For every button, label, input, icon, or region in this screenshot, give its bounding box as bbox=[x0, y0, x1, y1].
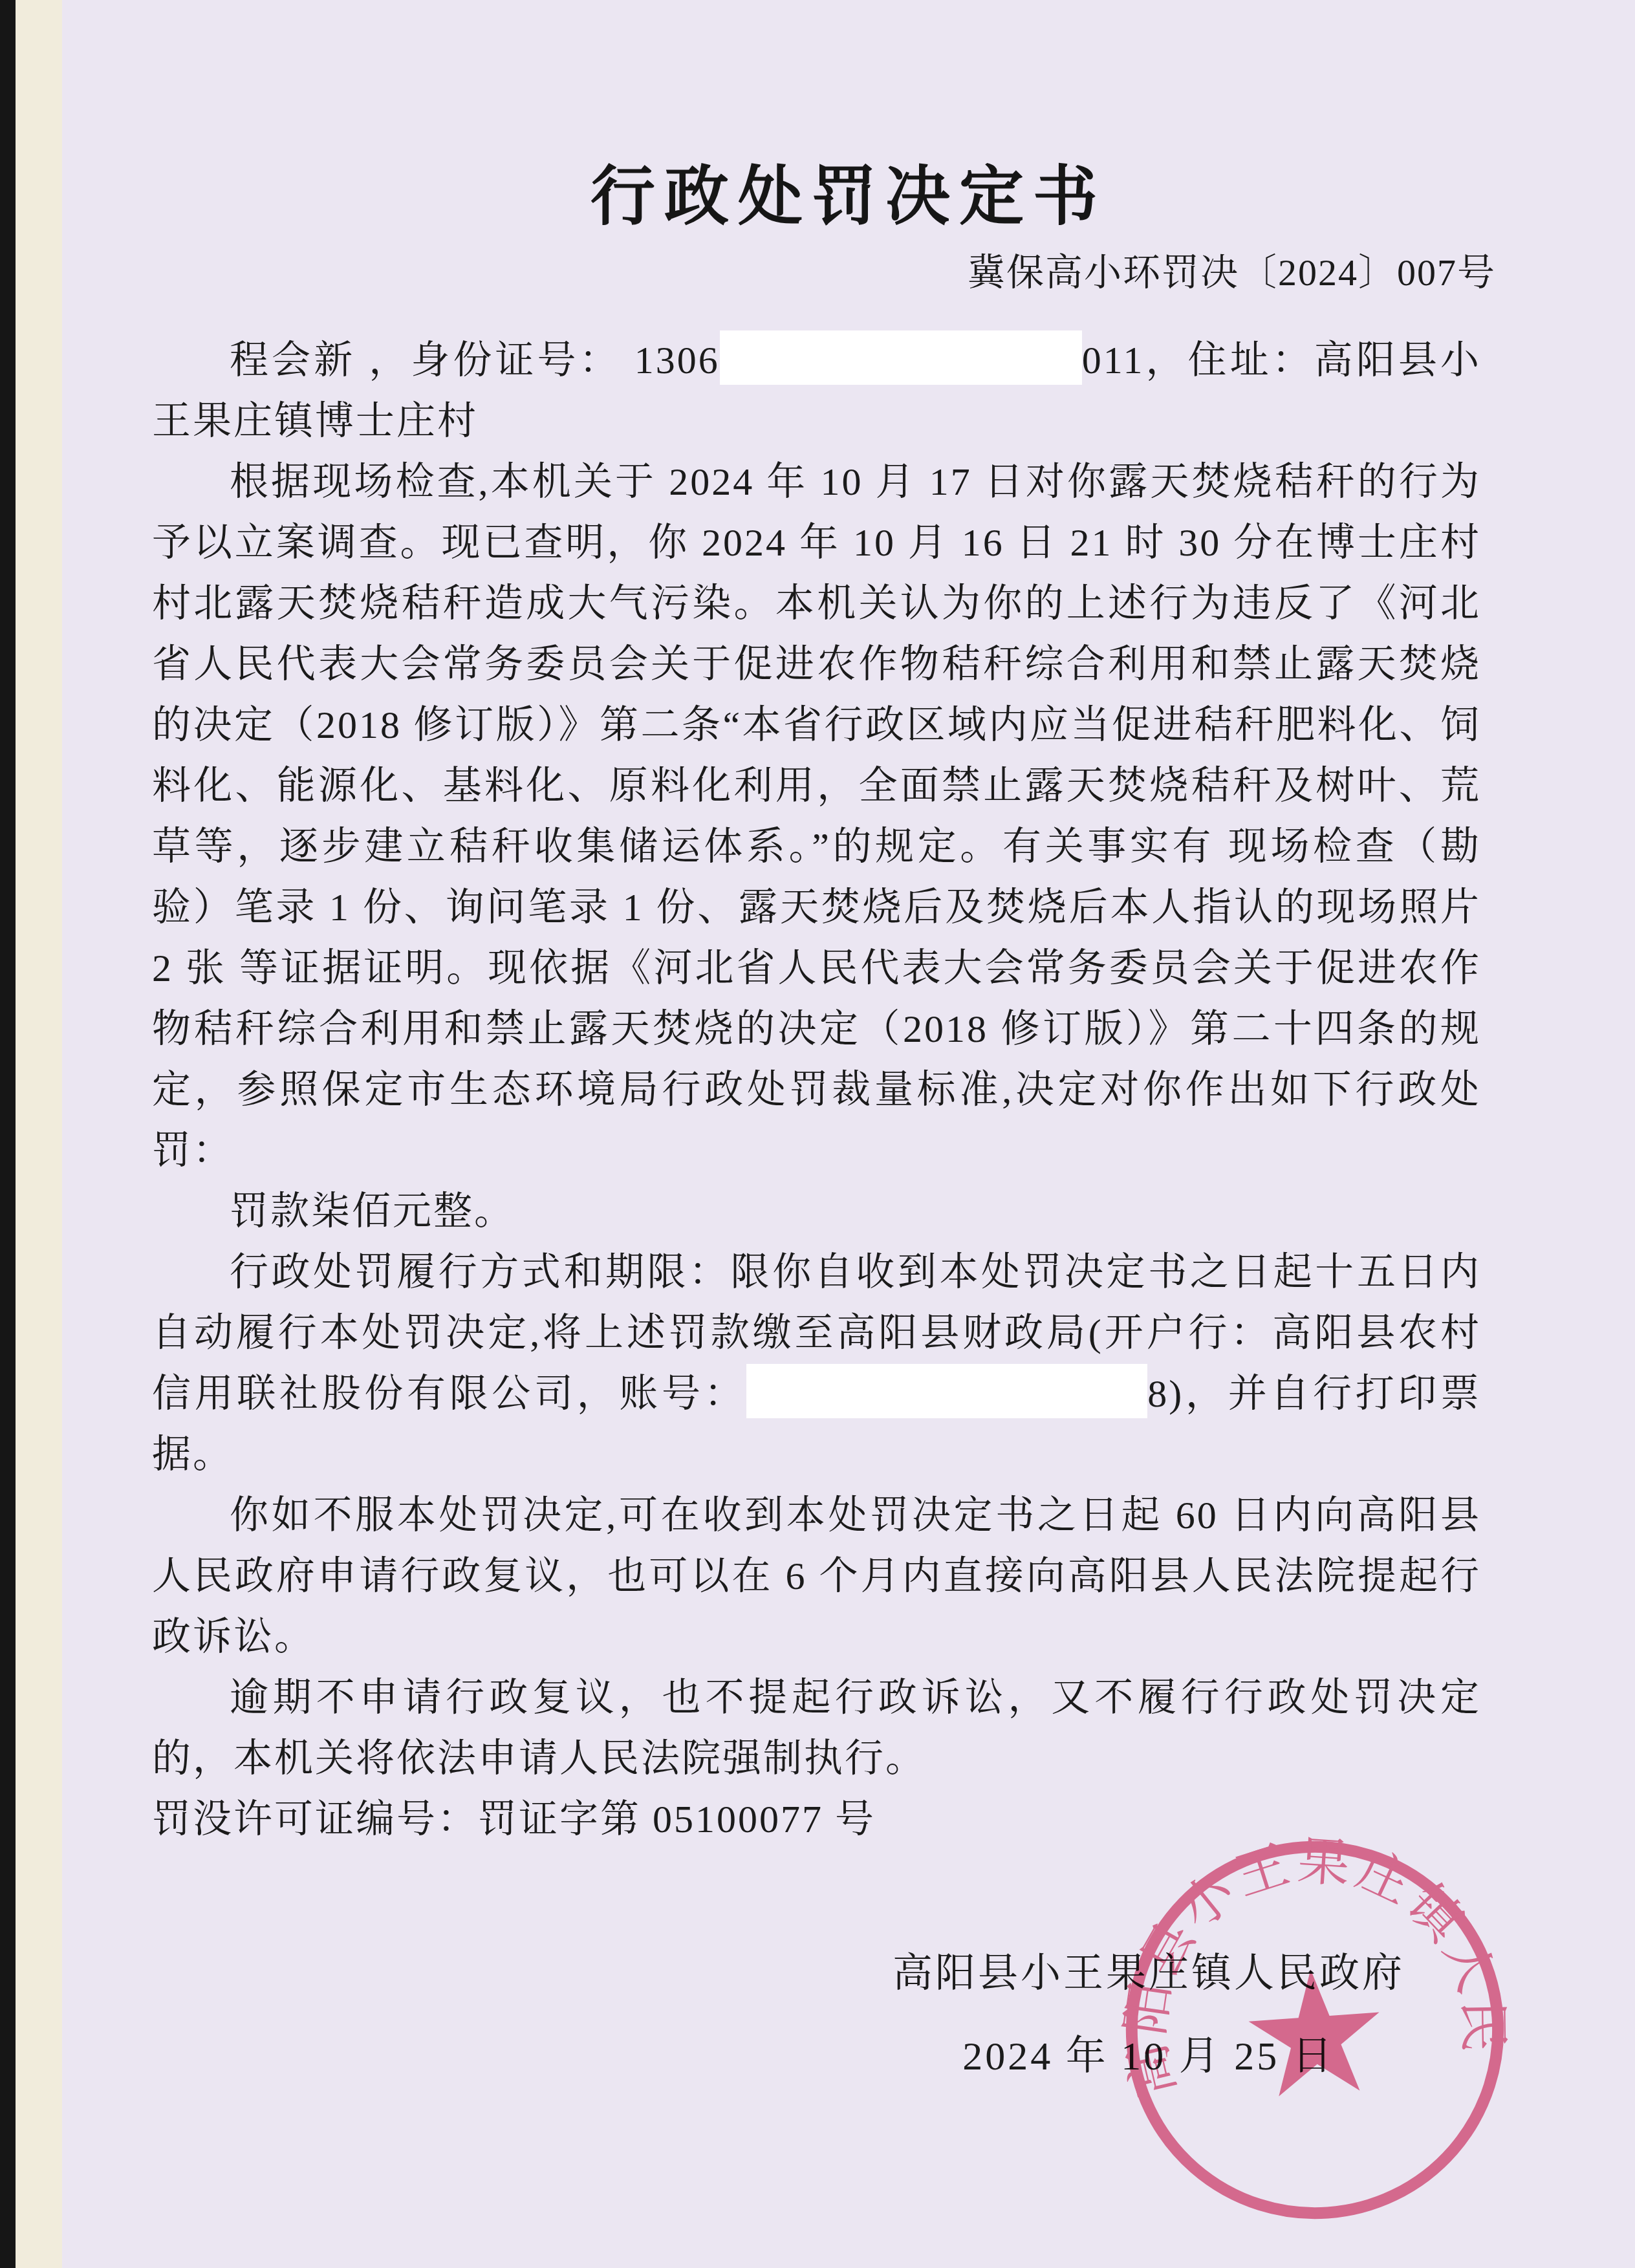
document-title: 行政处罚决定书 bbox=[62, 162, 1635, 233]
document-paragraph: 罚款柒佰元整。 bbox=[152, 1181, 1481, 1242]
paragraph-text: 逾期不申请行政复议，也不提起行政诉讼，又不履行行政处罚决定的，本机关将依法申请人… bbox=[152, 1676, 1481, 1780]
paragraph-text: 你如不服本处罚决定,可在收到本处罚决定书之日起 60 日内向高阳县人民政府申请行… bbox=[152, 1494, 1481, 1658]
document-paper: 行政处罚决定书 冀保高小环罚决〔2024〕007号 程会新 ，身份证号： 130… bbox=[62, 0, 1635, 2268]
document-paragraph: 程会新 ，身份证号： 1306011，住址：高阳县小王果庄镇博士庄村 bbox=[152, 330, 1481, 451]
document-paragraph: 你如不服本处罚决定,可在收到本处罚决定书之日起 60 日内向高阳县人民政府申请行… bbox=[152, 1485, 1481, 1667]
scan-edge-black bbox=[0, 0, 16, 2268]
official-seal-stamp: 高阳县小王果庄镇人民政府 ★ bbox=[1096, 1811, 1534, 2249]
paragraph-text: 罚款柒佰元整。 bbox=[230, 1190, 515, 1233]
document-paragraph: 逾期不申请行政复议，也不提起行政诉讼，又不履行行政处罚决定的，本机关将依法申请人… bbox=[152, 1667, 1481, 1789]
redaction-box bbox=[720, 330, 1082, 385]
document-paragraph: 行政处罚履行方式和期限：限你自收到本处罚决定书之日起十五日内自动履行本处罚决定,… bbox=[152, 1242, 1481, 1485]
scanned-document-page: 行政处罚决定书 冀保高小环罚决〔2024〕007号 程会新 ，身份证号： 130… bbox=[0, 0, 1635, 2268]
star-icon: ★ bbox=[1232, 1936, 1398, 2135]
paragraph-text: 罚没许可证编号：罚证字第 05100077 号 bbox=[152, 1798, 876, 1841]
document-body: 程会新 ，身份证号： 1306011，住址：高阳县小王果庄镇博士庄村根据现场检查… bbox=[152, 330, 1481, 1850]
document-paragraph: 根据现场检查,本机关于 2024 年 10 月 17 日对你露天焚烧秸秆的行为予… bbox=[152, 451, 1481, 1181]
redaction-box bbox=[746, 1364, 1147, 1418]
scan-edge-cream bbox=[16, 0, 62, 2268]
paragraph-text: 程会新 ，身份证号： 1306 bbox=[230, 339, 720, 382]
paragraph-text: 根据现场检查,本机关于 2024 年 10 月 17 日对你露天焚烧秸秆的行为予… bbox=[152, 460, 1481, 1172]
document-number: 冀保高小环罚决〔2024〕007号 bbox=[62, 247, 1635, 299]
